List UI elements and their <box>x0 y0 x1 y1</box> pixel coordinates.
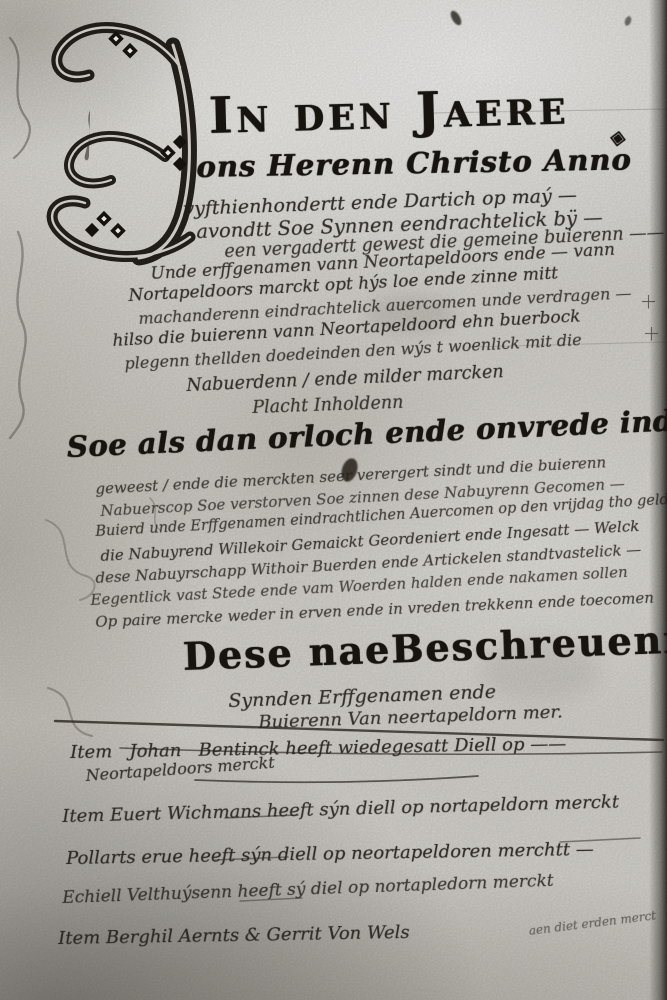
smudge <box>480 640 600 700</box>
page-title: In den Jaere <box>208 77 570 145</box>
manuscript-photo: In den Jaere ◈ ons Herenn Christo Anno v… <box>0 0 667 1000</box>
margin-cross-mark: ＋ <box>640 288 657 313</box>
smudge <box>365 295 455 335</box>
margin-cross-mark: ＋ <box>643 320 660 345</box>
